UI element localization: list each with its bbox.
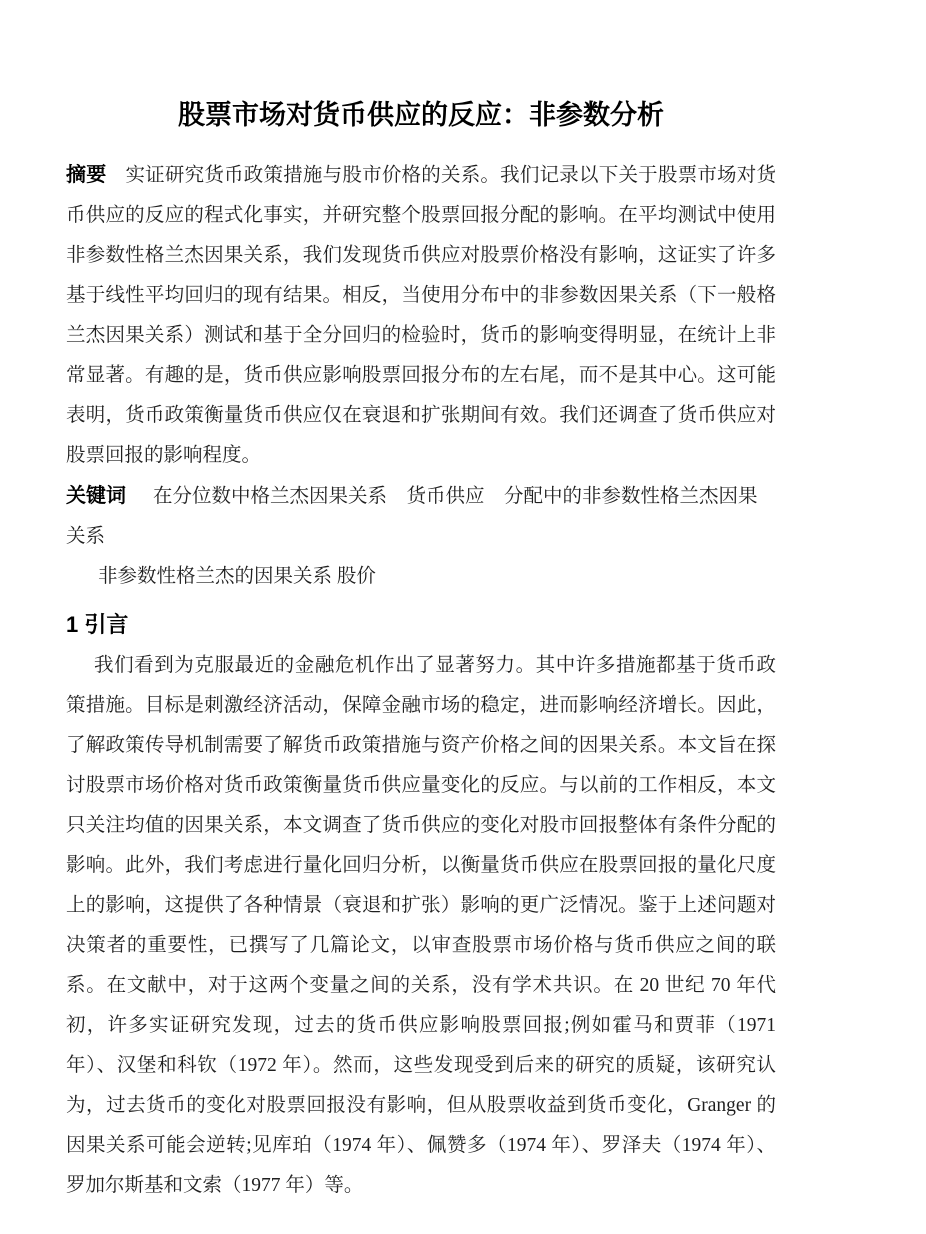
keywords-terms-line-1: 在分位数中格兰杰因果关系 货币供应 分配中的非参数性格兰杰因果关系 xyxy=(66,486,758,547)
keywords-block: 关键词在分位数中格兰杰因果关系 货币供应 分配中的非参数性格兰杰因果关系 非参数… xyxy=(66,476,776,597)
abstract-paragraph: 摘要实证研究货币政策措施与股市价格的关系。我们记录以下关于股票市场对货币供应的反… xyxy=(66,155,776,476)
document-page: 股票市场对货币供应的反应：非参数分析 摘要实证研究货币政策措施与股市价格的关系。… xyxy=(0,0,926,1234)
section-heading-introduction: 1 引言 xyxy=(66,612,776,638)
keywords-terms-line-2: 非参数性格兰杰的因果关系 股价 xyxy=(98,566,376,587)
introduction-paragraph: 我们看到为克服最近的金融危机作出了显著努力。其中许多措施都基于货币政策措施。目标… xyxy=(66,646,776,1206)
keywords-line-2: 非参数性格兰杰的因果关系 股价 xyxy=(66,557,776,597)
keywords-label: 关键词 xyxy=(66,485,126,507)
paper-title: 股票市场对货币供应的反应：非参数分析 xyxy=(66,0,776,131)
keywords-line-1: 关键词在分位数中格兰杰因果关系 货币供应 分配中的非参数性格兰杰因果关系 xyxy=(66,476,776,557)
abstract-label: 摘要 xyxy=(66,164,106,186)
abstract-text: 实证研究货币政策措施与股市价格的关系。我们记录以下关于股票市场对货币供应的反应的… xyxy=(66,165,776,466)
